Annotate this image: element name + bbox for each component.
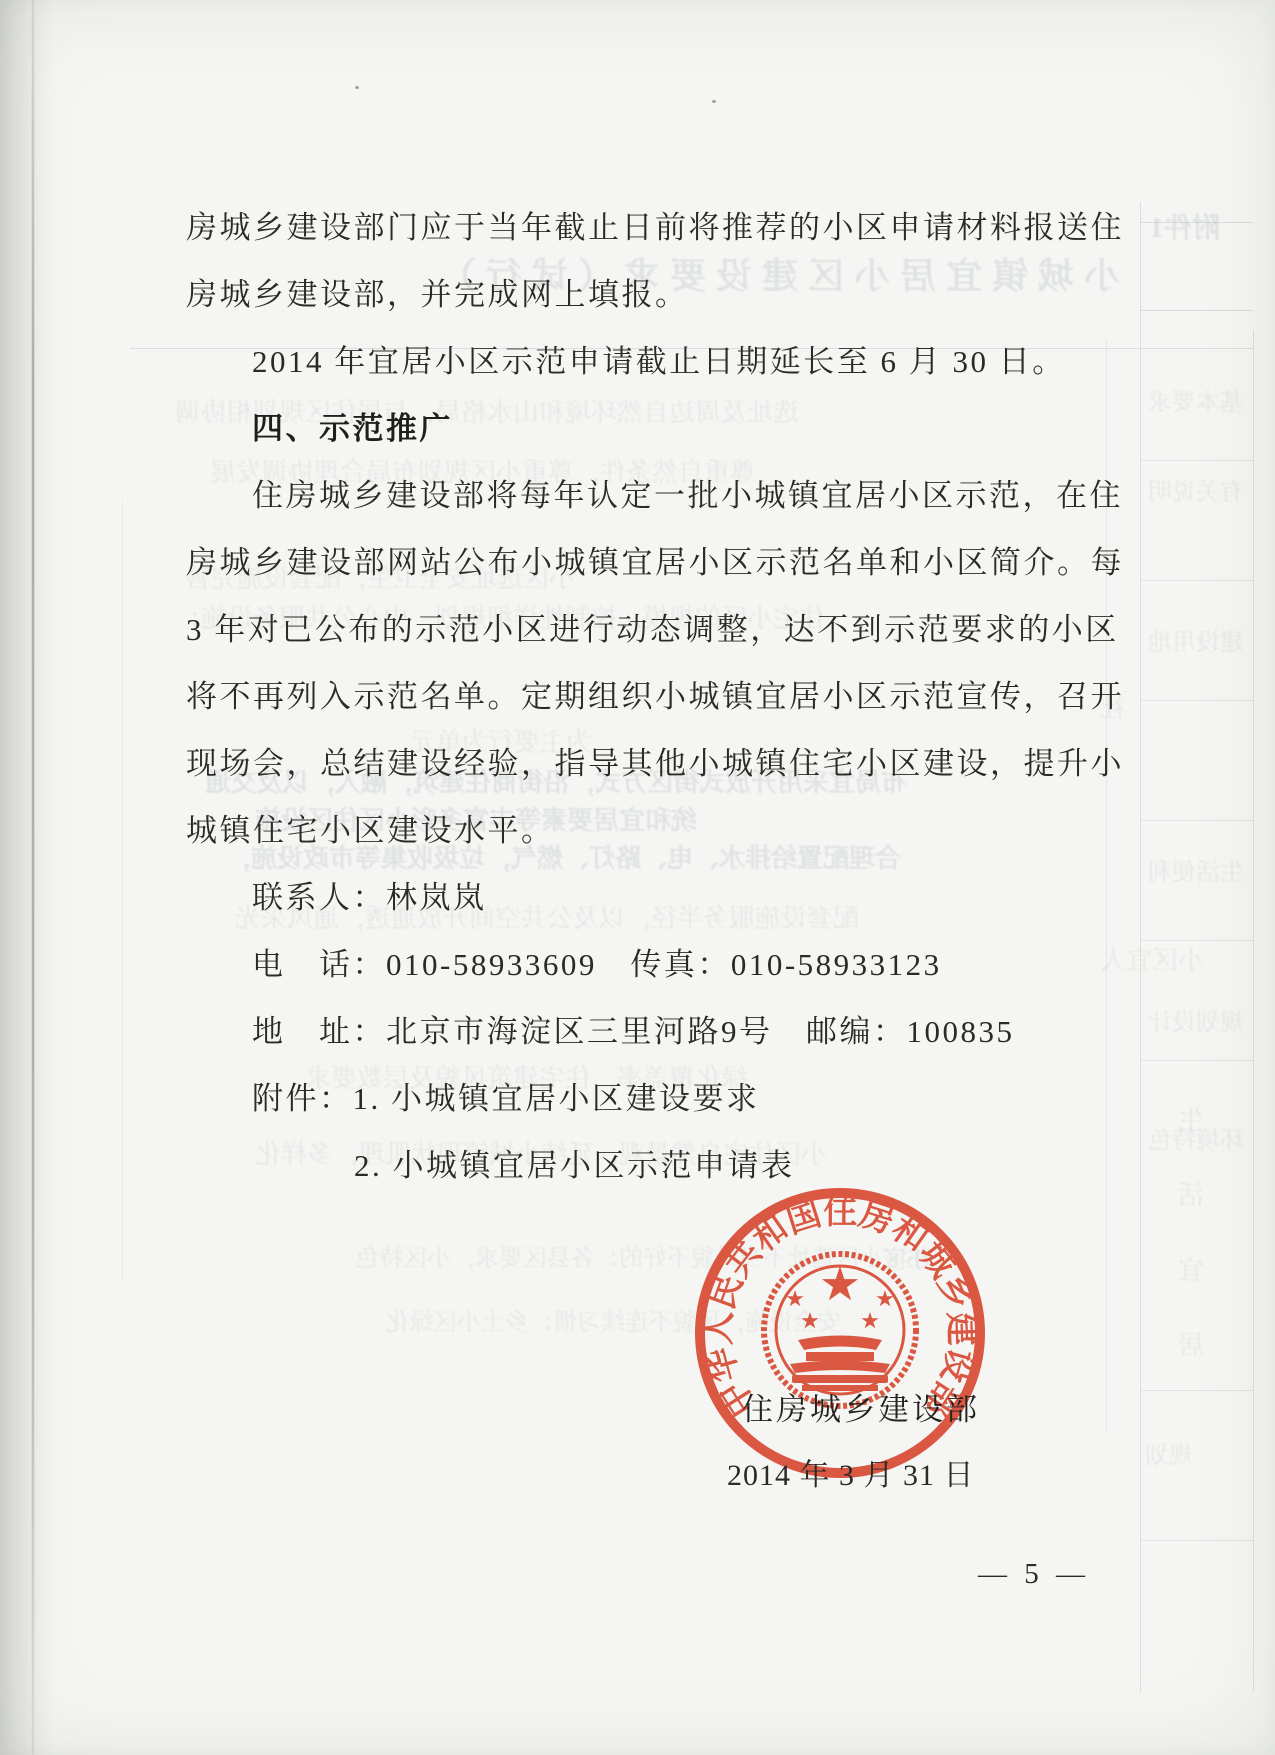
issue-date: 2014 年 3 月 31 日 <box>727 1450 975 1494</box>
emblem-small-star <box>861 1312 878 1328</box>
emblem-small-star <box>801 1312 818 1328</box>
national-emblem <box>786 1266 893 1391</box>
emblem-gate-roof <box>798 1336 882 1351</box>
seal-outer-ring <box>700 1193 980 1473</box>
emblem-gate-base <box>792 1375 888 1383</box>
page-number: — 5 — <box>978 1558 1090 1591</box>
scanned-document-page: { "document": { "lines": [ {"text": "房城乡… <box>0 0 1275 1755</box>
emblem-gate-body <box>806 1352 874 1361</box>
emblem-gate-roof-lower <box>790 1361 890 1374</box>
emblem-big-star <box>822 1266 858 1300</box>
official-seal: 中华人民共和国住房和城乡建设部 <box>0 0 1275 1755</box>
issuing-authority-signature: 住房城乡建设部 <box>742 1384 980 1429</box>
